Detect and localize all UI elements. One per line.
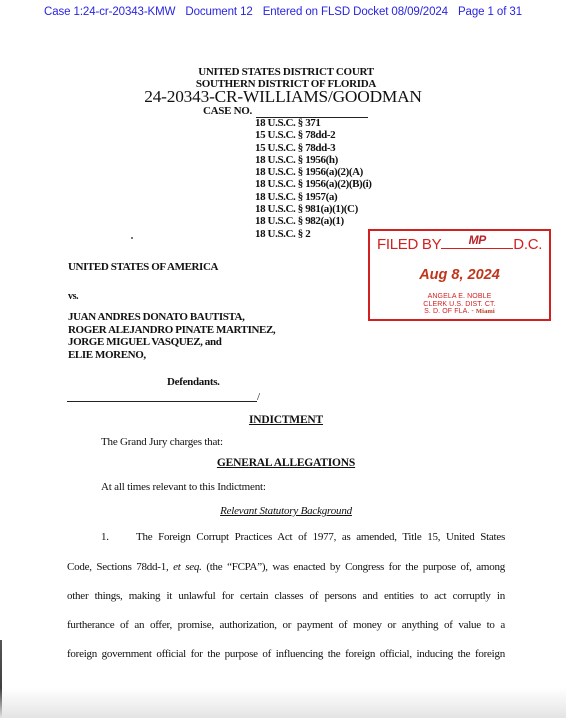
stamp-filed-by: FILED BYMPD.C. (377, 234, 542, 253)
docket-header: Case 1:24-cr-20343-KMWDocument 12Entered… (0, 6, 566, 18)
docket-document-number: Document 12 (185, 6, 252, 18)
paragraph-1-line-4: furtherance of an offer, promise, author… (67, 619, 505, 631)
relevant-background-subheading: Relevant Statutory Background (3, 505, 566, 517)
general-allegations-heading: GENERAL ALLEGATIONS (3, 457, 566, 469)
paragraph-1-line-2: Code, Sections 78dd-1, et seq. (the “FCP… (67, 561, 505, 573)
defendant-name: JUAN ANDRES DONATO BAUTISTA, (68, 311, 275, 324)
defendant-name: ELIE MORENO, (68, 349, 275, 362)
filed-stamp: FILED BYMPD.C. Aug 8, 2024 ANGELA E. NOB… (368, 229, 551, 321)
paragraph-1-line-3: other things, making it unlawful for cer… (67, 590, 505, 602)
et-seq-italic: et seq. (173, 561, 202, 573)
case-no-label: CASE NO. (203, 105, 252, 117)
stamp-filed-by-label: FILED BY (377, 236, 441, 253)
page-bottom-shadow (0, 688, 566, 718)
statute-item: 18 U.S.C. § 371 (255, 117, 372, 129)
paragraph-1-line-1: 1.The Foreign Corrupt Practices Act of 1… (101, 531, 505, 543)
statute-item: 15 U.S.C. § 78dd-2 (255, 129, 372, 141)
stamp-clerk-block: ANGELA E. NOBLE CLERK U.S. DIST. CT. S. … (370, 293, 549, 316)
versus-label: vs. (68, 291, 78, 302)
statute-item: 15 U.S.C. § 78dd-3 (255, 142, 372, 154)
statute-list: 18 U.S.C. § 371 15 U.S.C. § 78dd-2 15 U.… (255, 117, 372, 240)
paragraph-1-line-5: foreign government official for the purp… (67, 648, 505, 660)
stamp-initials: MP (441, 233, 513, 247)
docket-entered-date: Entered on FLSD Docket 08/09/2024 (263, 6, 448, 18)
court-name: UNITED STATES DISTRICT COURT (3, 66, 566, 78)
statute-item: 18 U.S.C. § 2 (255, 228, 372, 240)
defendant-name: ROGER ALEJANDRO PINATE MARTINEZ, (68, 324, 275, 337)
indictment-heading: INDICTMENT (3, 414, 566, 426)
scan-artifact-dot (131, 237, 133, 239)
statute-item: 18 U.S.C. § 1956(h) (255, 154, 372, 166)
stamp-clerk-title: CLERK U.S. DIST. CT. (370, 301, 549, 309)
statute-item: 18 U.S.C. § 981(a)(1)(C) (255, 203, 372, 215)
defendants-label: Defendants. (167, 376, 220, 388)
all-times-relevant: At all times relevant to this Indictment… (101, 481, 266, 493)
stamp-clerk-city: Miami (476, 308, 495, 315)
case-number: 24-20343-CR-WILLIAMS/GOODMAN (0, 87, 566, 107)
stamp-clerk-district: S. D. OF FLA. - Miami (370, 308, 549, 316)
caption-slash: / (257, 391, 260, 403)
statute-item: 18 U.S.C. § 1956(a)(2)(B)(i) (255, 178, 372, 190)
defendant-name: JORGE MIGUEL VASQUEZ, and (68, 336, 275, 349)
caption-rule (67, 401, 257, 402)
plaintiff-name: UNITED STATES OF AMERICA (68, 261, 218, 273)
statute-item: 18 U.S.C. § 982(a)(1) (255, 215, 372, 227)
docket-case-number: Case 1:24-cr-20343-KMW (44, 6, 175, 18)
document-page: Case 1:24-cr-20343-KMWDocument 12Entered… (0, 0, 566, 718)
defendants-list: JUAN ANDRES DONATO BAUTISTA, ROGER ALEJA… (68, 311, 275, 361)
docket-page-count: Page 1 of 31 (458, 6, 522, 18)
statute-item: 18 U.S.C. § 1956(a)(2)(A) (255, 166, 372, 178)
stamp-dc-label: D.C. (513, 236, 542, 253)
stamp-initials-blank: MP (441, 234, 513, 249)
stamp-date: Aug 8, 2024 (370, 267, 549, 283)
statute-item: 18 U.S.C. § 1957(a) (255, 191, 372, 203)
paragraph-number: 1. (101, 531, 136, 543)
grand-jury-charges: The Grand Jury charges that: (101, 436, 223, 448)
stamp-clerk-name: ANGELA E. NOBLE (370, 293, 549, 301)
